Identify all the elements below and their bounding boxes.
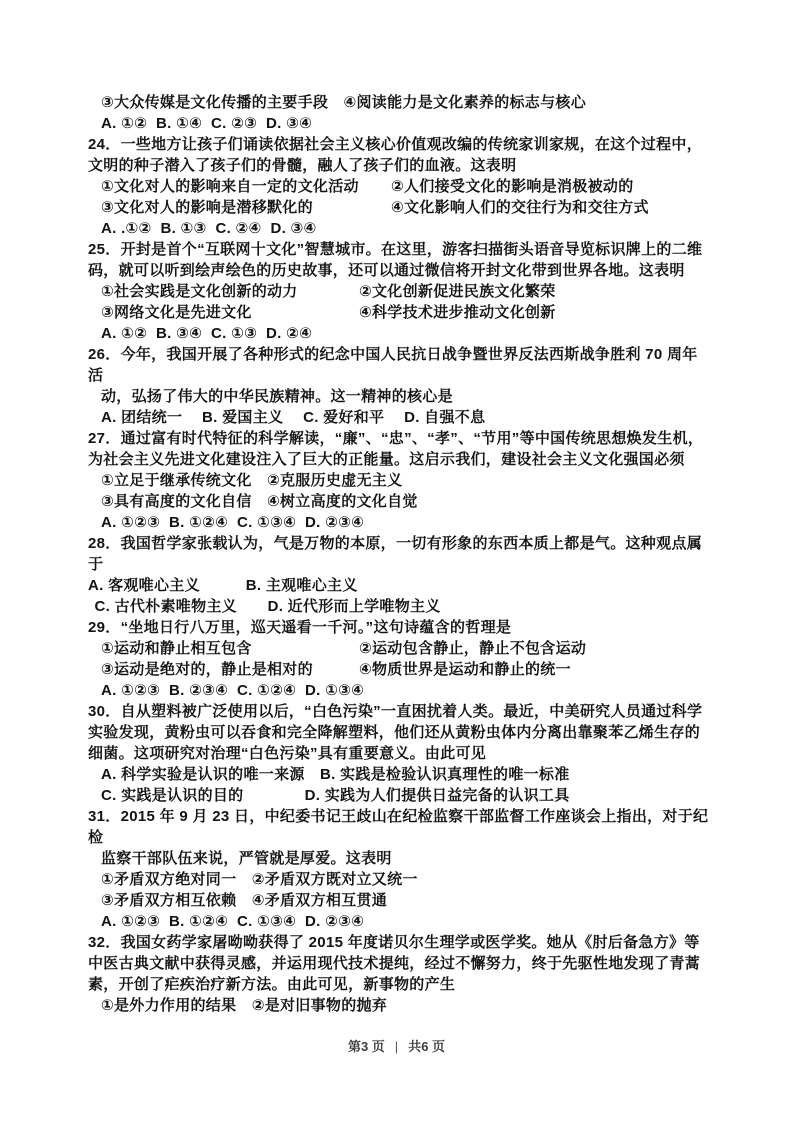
text-line: 中医古典文献中获得灵感，并运用现代技术提纯，经过不懈努力，终于先驱性地发现了青蒿 [88, 953, 710, 974]
question-25: 25．开封是首个“互联网十文化”智慧城市。在这里，游客扫描街头语音导览标识牌上的… [88, 239, 710, 344]
text-line: A. 团结统一 B. 爱国主义 C. 爱好和平 D. 自强不息 [88, 407, 710, 428]
question-26: 26．今年，我国开展了各种形式的纪念中国人民抗日战争暨世界反法西斯战争胜利 70… [88, 344, 710, 428]
text-line: C. 古代朴素唯物主义 D. 近代形而上学唯物主义 [88, 596, 710, 617]
text-line: A. 科学实验是认识的唯一来源 B. 实践是检验认识真理性的唯一标准 [88, 764, 710, 785]
text-line: ①社会实践是文化创新的动力②文化创新促进民族文化繁荣 [88, 281, 710, 302]
text-line: 于 [88, 554, 710, 575]
text-line: ①运动和静止相互包含②运动包含静止，静止不包含运动 [88, 638, 710, 659]
option-column-left: ①运动和静止相互包含 [101, 638, 359, 659]
text-line: A. ①② B. ③④ C. ①③ D. ②④ [88, 323, 710, 344]
text-line: 29．“坐地日行八万里，巡天遥看一千河。”这句诗蕴含的哲理是 [88, 617, 710, 638]
question-28: 28．我国哲学家张载认为，气是万物的本原，一切有形象的东西本质上都是气。这种观点… [88, 533, 710, 617]
option-column-right: ②运动包含静止，静止不包含运动 [359, 640, 586, 657]
text-line: 实验发现，黄粉虫可以吞食和完全降解塑料，他们还从黄粉虫体内分离出靠聚苯乙烯生存的 [88, 722, 710, 743]
footer-current-page: 第3 页 [348, 1039, 385, 1054]
option-column-left: ①社会实践是文化创新的动力 [101, 281, 359, 302]
text-line: C. 实践是认识的目的 D. 实践为人们提供日益完备的认识工具 [88, 785, 710, 806]
question-32: 32．我国女药学家屠呦呦获得了 2015 年度诺贝尔生理学或医学奖。她从《肘后备… [88, 932, 710, 1016]
question-27: 27．通过富有时代特征的科学解读，“廉”、“忠”、“孝”、“节用”等中国传统思想… [88, 428, 710, 533]
text-line: A. .①② B. ①③ C. ②④ D. ③④ [88, 218, 710, 239]
option-column-right: ④物质世界是运动和静止的统一 [359, 661, 571, 678]
text-line: ③矛盾双方相互依赖 ④矛盾双方相互贯通 [88, 890, 710, 911]
exam-content: ③大众传媒是文化传播的主要手段 ④阅读能力是文化素养的标志与核心A. ①② B.… [88, 92, 710, 1016]
text-line: 26．今年，我国开展了各种形式的纪念中国人民抗日战争暨世界反法西斯战争胜利 70… [88, 344, 710, 365]
question-24: 24．一些地方让孩子们诵读依据社会主义核心价值观改编的传统家训家规，在这个过程中… [88, 134, 710, 239]
text-line: 码，就可以听到绘声绘色的历史故事，还可以通过微信将开封文化带到世界各地。这表明 [88, 260, 710, 281]
question-23-continuation: ③大众传媒是文化传播的主要手段 ④阅读能力是文化素养的标志与核心A. ①② B.… [88, 92, 710, 134]
text-line: A. 客观唯心主义 B. 主观唯心主义 [88, 575, 710, 596]
option-column-left: ③网络文化是先进文化 [101, 302, 359, 323]
text-line: 动，弘扬了伟大的中华民族精神。这一精神的核心是 [88, 386, 710, 407]
text-line: A. ①②③ B. ①②④ C. ①③④ D. ②③④ [88, 911, 710, 932]
text-line: ③具有高度的文化自信 ④树立高度的文化自觉 [88, 491, 710, 512]
text-line: 活 [88, 365, 710, 386]
text-line: ①矛盾双方绝对同一 ②矛盾双方既对立又统一 [88, 869, 710, 890]
text-line: 31．2015 年 9 月 23 日，中纪委书记王歧山在纪检监察干部监督工作座谈… [88, 806, 710, 827]
text-line: 素，开创了疟疾治疗新方法。由此可见，新事物的产生 [88, 974, 710, 995]
option-column-left: ③运动是绝对的，静止是相对的 [101, 659, 359, 680]
text-line: ③网络文化是先进文化④科学技术进步推动文化创新 [88, 302, 710, 323]
text-line: ③大众传媒是文化传播的主要手段 ④阅读能力是文化素养的标志与核心 [88, 92, 710, 113]
text-line: 24．一些地方让孩子们诵读依据社会主义核心价值观改编的传统家训家规，在这个过程中… [88, 134, 710, 155]
text-line: 细菌。这项研究对治理“白色污染”具有重要意义。由此可见 [88, 743, 710, 764]
option-column-right: ②文化创新促进民族文化繁荣 [359, 283, 556, 300]
text-line: ③运动是绝对的，静止是相对的④物质世界是运动和静止的统一 [88, 659, 710, 680]
text-line: ③文化对人的影响是潜移默化的④文化影响人们的交往行为和交往方式 [88, 197, 710, 218]
text-line: A. ①②③ B. ②③④ C. ①②④ D. ①③④ [88, 680, 710, 701]
text-line: 25．开封是首个“互联网十文化”智慧城市。在这里，游客扫描街头语音导览标识牌上的… [88, 239, 710, 260]
text-line: 32．我国女药学家屠呦呦获得了 2015 年度诺贝尔生理学或医学奖。她从《肘后备… [88, 932, 710, 953]
document-page: ③大众传媒是文化传播的主要手段 ④阅读能力是文化素养的标志与核心A. ①② B.… [0, 0, 793, 1122]
option-column-right: ④文化影响人们的交往行为和交往方式 [391, 199, 649, 216]
text-line: 27．通过富有时代特征的科学解读，“廉”、“忠”、“孝”、“节用”等中国传统思想… [88, 428, 710, 449]
footer-total-pages: 共6 页 [408, 1039, 445, 1054]
page-footer: 第3 页|共6 页 [0, 1036, 793, 1055]
text-line: 28．我国哲学家张载认为，气是万物的本原，一切有形象的东西本质上都是气。这种观点… [88, 533, 710, 554]
text-line: ①立足于继承传统文化 ②克服历史虚无主义 [88, 470, 710, 491]
option-column-right: ④科学技术进步推动文化创新 [359, 304, 556, 321]
option-column-left: ③文化对人的影响是潜移默化的 [101, 197, 391, 218]
text-line: 为社会主义先进文化建设注入了巨大的正能量。这启示我们，建设社会主义文化强国必须 [88, 449, 710, 470]
text-line: ①文化对人的影响来自一定的文化活动②人们接受文化的影响是消极被动的 [88, 176, 710, 197]
footer-separator: | [395, 1039, 398, 1054]
option-column-left: ①文化对人的影响来自一定的文化活动 [101, 176, 391, 197]
question-31: 31．2015 年 9 月 23 日，中纪委书记王歧山在纪检监察干部监督工作座谈… [88, 806, 710, 932]
text-line: 监察干部队伍来说，严管就是厚爱。这表明 [88, 848, 710, 869]
option-column-right: ②人们接受文化的影响是消极被动的 [391, 178, 634, 195]
text-line: A. ①②③ B. ①②④ C. ①③④ D. ②③④ [88, 512, 710, 533]
text-line: 30．自从塑料被广泛使用以后，“白色污染”一直困扰着人类。最近，中美研究人员通过… [88, 701, 710, 722]
question-30: 30．自从塑料被广泛使用以后，“白色污染”一直困扰着人类。最近，中美研究人员通过… [88, 701, 710, 806]
text-line: A. ①② B. ①④ C. ②③ D. ③④ [88, 113, 710, 134]
text-line: ①是外力作用的结果 ②是对旧事物的抛弃 [88, 995, 710, 1016]
text-line: 文明的种子潜入了孩子们的骨髓，融人了孩子们的血液。这表明 [88, 155, 710, 176]
question-29: 29．“坐地日行八万里，巡天遥看一千河。”这句诗蕴含的哲理是①运动和静止相互包含… [88, 617, 710, 701]
text-line: 检 [88, 827, 710, 848]
